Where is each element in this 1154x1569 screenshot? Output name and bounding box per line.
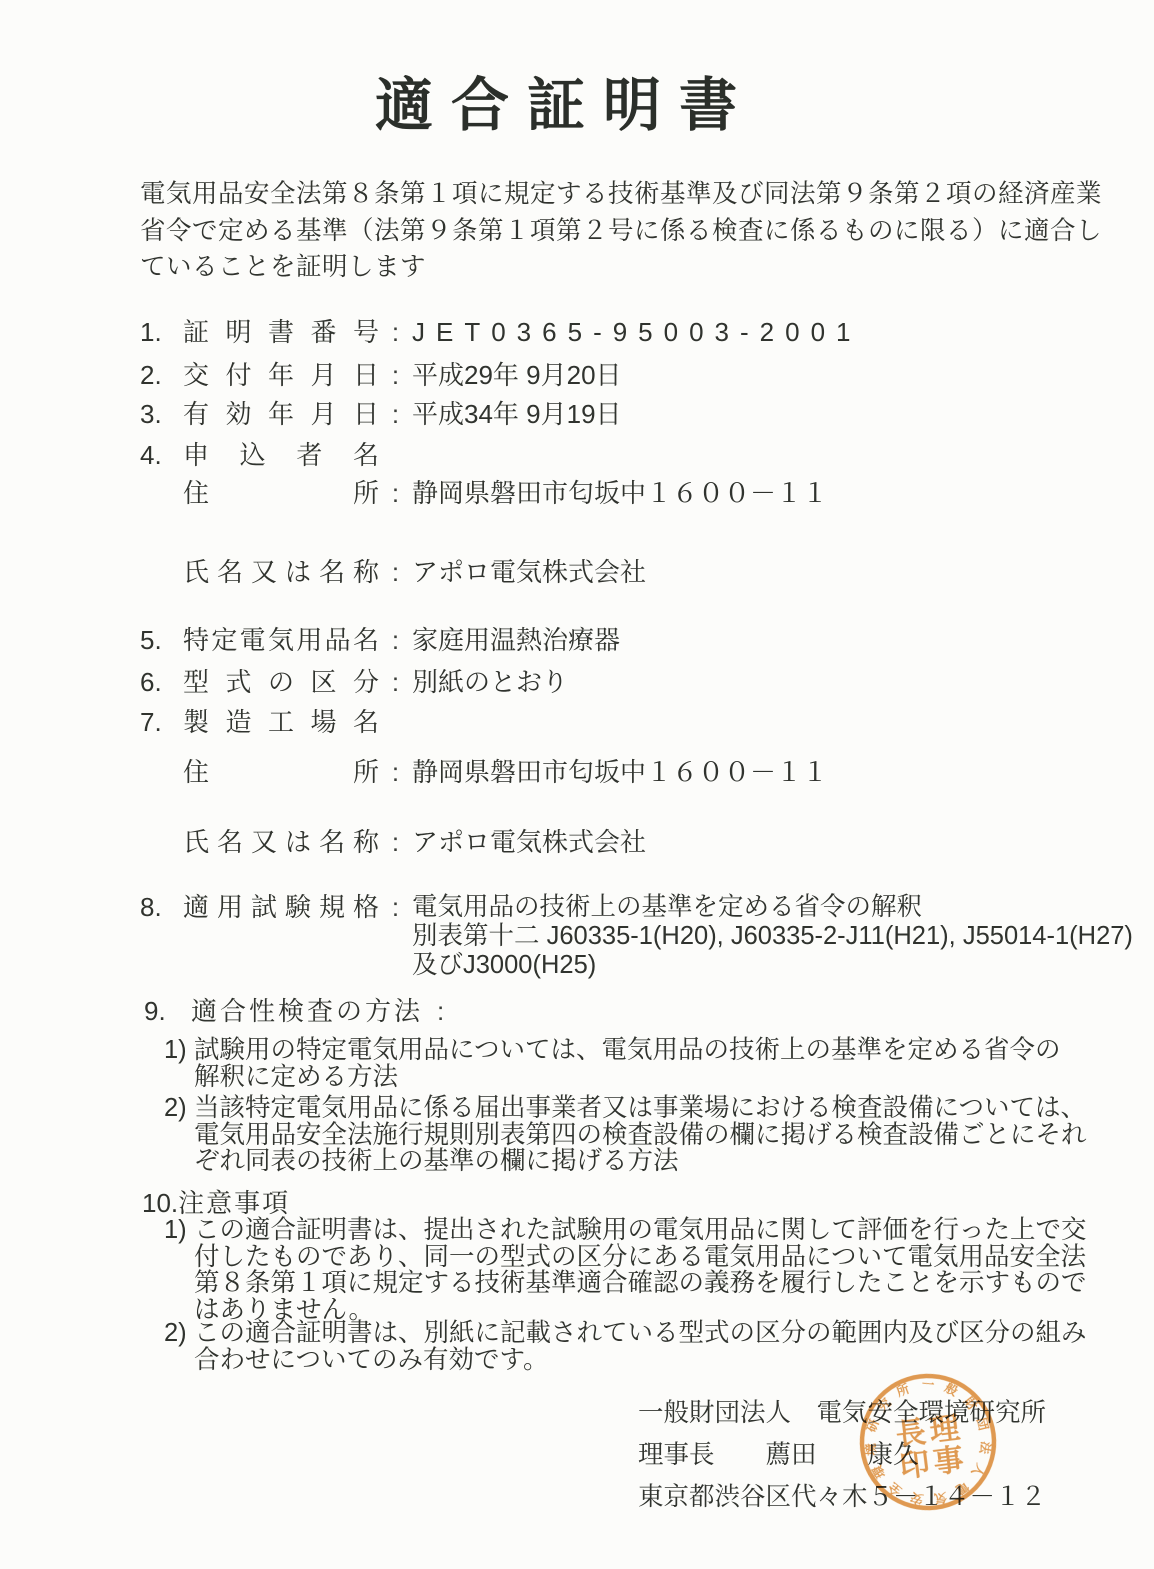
item-number: 1.: [140, 315, 183, 349]
intro-paragraph: 電気用品安全法第８条第１項に規定する技術基準及び同法第９条第２項の経済産業 省令…: [140, 176, 1102, 286]
certificate-page: 適合証明書 電気用品安全法第８条第１項に規定する技術基準及び同法第９条第２項の経…: [0, 0, 1154, 1569]
item-row-applicant: 4. 申込者名: [140, 438, 1140, 472]
applicant-name-value: アポロ電気株式会社: [412, 555, 646, 589]
section-number: 10.: [142, 1186, 178, 1220]
sub-item-line: 電気用品安全法施行規則別表第四の検査設備の欄に掲げる検査設備ごとにそれ: [194, 1122, 1087, 1149]
intro-line: 電気用品安全法第８条第１項に規定する技術基準及び同法第９条第２項の経済産業: [140, 176, 1102, 213]
sub-item-lines: 試験用の特定電気用品については、電気用品の技術上の基準を定める省令の 解釈に定め…: [194, 1037, 1061, 1090]
item-label: 証明書番号: [183, 315, 379, 349]
item-row-expiry-date: 3. 有効年月日 : 平成34年 9月19日: [140, 397, 1140, 431]
sub-item-lines: 当該特定電気用品に係る届出事業者又は事業場における検査設備については、 電気用品…: [194, 1095, 1087, 1175]
test-standards-line: 別表第十二 J60335-1(H20), J60335-2-J11(H21), …: [412, 922, 1133, 951]
item-number: 8.: [140, 893, 183, 980]
item-colon: :: [379, 476, 412, 510]
expiry-date-value: 平成34年 9月19日: [412, 397, 622, 431]
item-label: 型式の区分: [183, 665, 379, 699]
sub-item-line: 当該特定電気用品に係る届出事業者又は事業場における検査設備については、: [194, 1095, 1087, 1122]
certificate-title: 適合証明書: [0, 70, 1142, 142]
certificate-number-value: JET0365-95003-2001: [412, 315, 862, 349]
item-row-certificate-number: 1. 証明書番号 : JET0365-95003-2001: [140, 315, 1140, 349]
item-label: 住所: [183, 476, 379, 510]
sub-item-line: 第８条第１項に規定する技術基準適合確認の義務を履行したことを示すもので: [194, 1270, 1087, 1297]
sub-item-line: 試験用の特定電気用品については、電気用品の技術上の基準を定める省令の: [194, 1037, 1061, 1064]
item-colon: :: [379, 755, 412, 789]
section-10-subitem-1: 1) この適合証明書は、提出された試験用の電気用品に関して評価を行った上で交 付…: [164, 1217, 1124, 1323]
sub-item-marker: 1): [164, 1217, 194, 1323]
intro-line: 省令で定める基準（法第９条第１項第２号に係る検査に係るものに限る）に適合し: [140, 213, 1102, 250]
item-number: 5.: [140, 623, 183, 657]
item-row-model-classification: 6. 型式の区分 : 別紙のとおり: [140, 665, 1140, 699]
item-label: 交付年月日: [183, 358, 379, 392]
item-row-issue-date: 2. 交付年月日 : 平成29年 9月20日: [140, 358, 1140, 392]
item-colon: :: [379, 555, 412, 589]
seal-center-char-top-left: 長: [894, 1416, 928, 1452]
item-number: 3.: [140, 397, 183, 431]
item-colon: :: [379, 315, 412, 349]
sub-item-lines: この適合証明書は、別紙に記載されている型式の区分の範囲内及び区分の組み 合わせに…: [194, 1320, 1087, 1373]
sub-item-lines: この適合証明書は、提出された試験用の電気用品に関して評価を行った上で交 付したも…: [194, 1217, 1087, 1323]
section-colon: :: [437, 994, 444, 1028]
seal-center-char-bottom-left: 印: [898, 1448, 932, 1484]
sub-item-marker: 1): [164, 1037, 194, 1090]
item-colon: :: [379, 358, 412, 392]
sub-item-line: 付したものであり、同一の型式の区分にある電気用品について電気用品安全法: [194, 1244, 1087, 1271]
item-label: 氏名又は名称: [183, 555, 379, 589]
section-9-subitem-1: 1) 試験用の特定電気用品については、電気用品の技術上の基準を定める省令の 解釈…: [164, 1037, 1124, 1090]
item-row-test-standards: 8. 適用試験規格 : 電気用品の技術上の基準を定める省令の解釈 別表第十二 J…: [140, 893, 1140, 980]
section-9-subitem-2: 2) 当該特定電気用品に係る届出事業者又は事業場における検査設備については、 電…: [164, 1095, 1124, 1175]
item-row-factory-address: 住所 : 静岡県磐田市匂坂中１６００－１１: [140, 755, 1140, 789]
item-row-factory: 7. 製造工場名: [140, 705, 1140, 739]
sub-item-line: この適合証明書は、別紙に記載されている型式の区分の範囲内及び区分の組み: [194, 1320, 1087, 1347]
section-9-header: 9. 適合性検査の方法 :: [144, 994, 1144, 1028]
test-standards-line: 電気用品の技術上の基準を定める省令の解釈: [412, 893, 1133, 922]
president-seal-stamp: 一般財団法人電気安全環境研究所 理 事 長 印: [848, 1362, 1008, 1522]
section-number: 9.: [144, 994, 191, 1028]
section-label: 注意事項: [178, 1186, 290, 1220]
sub-item-line: 解釈に定める方法: [194, 1064, 1061, 1091]
item-label: 適用試験規格: [183, 893, 379, 980]
item-label: 申込者名: [183, 438, 379, 472]
factory-address-value: 静岡県磐田市匂坂中１６００－１１: [412, 755, 828, 789]
item-label: 製造工場名: [183, 705, 379, 739]
sub-item-line: この適合証明書は、提出された試験用の電気用品に関して評価を行った上で交: [194, 1217, 1087, 1244]
factory-name-value: アポロ電気株式会社: [412, 825, 646, 859]
intro-line: ていることを証明します: [140, 249, 1102, 286]
seal-graphic: 一般財団法人電気安全環境研究所 理 事 長 印: [848, 1362, 1008, 1522]
product-name-value: 家庭用温熱治療器: [412, 623, 620, 657]
seal-center-char-top-right: 理: [928, 1412, 962, 1448]
item-number: 4.: [140, 438, 183, 472]
section-label: 適合性検査の方法: [191, 994, 423, 1028]
model-classification-value: 別紙のとおり: [412, 665, 568, 699]
item-label: 有効年月日: [183, 397, 379, 431]
item-colon: :: [379, 397, 412, 431]
item-number: 7.: [140, 705, 183, 739]
item-label: 氏名又は名称: [183, 825, 379, 859]
item-row-applicant-address: 住所 : 静岡県磐田市匂坂中１６００－１１: [140, 476, 1140, 510]
item-colon: :: [379, 893, 412, 980]
seal-ring-text: 一般財団法人電気安全環境研究所: [855, 1369, 1001, 1515]
item-label: 住所: [183, 755, 379, 789]
seal-center-char-bottom-right: 事: [932, 1443, 966, 1479]
test-standards-value: 電気用品の技術上の基準を定める省令の解釈 別表第十二 J60335-1(H20)…: [412, 893, 1133, 980]
sub-item-marker: 2): [164, 1095, 194, 1175]
section-10-header: 10. 注意事項: [142, 1186, 1142, 1220]
item-number: 6.: [140, 665, 183, 699]
item-colon: :: [379, 665, 412, 699]
item-colon: :: [379, 825, 412, 859]
sub-item-marker: 2): [164, 1320, 194, 1373]
item-row-factory-name: 氏名又は名称 : アポロ電気株式会社: [140, 825, 1140, 859]
issue-date-value: 平成29年 9月20日: [412, 358, 622, 392]
test-standards-line: 及びJ3000(H25): [412, 951, 1133, 980]
item-colon: :: [379, 623, 412, 657]
item-row-product-name: 5. 特定電気用品名 : 家庭用温熱治療器: [140, 623, 1140, 657]
item-number: 2.: [140, 358, 183, 392]
item-label: 特定電気用品名: [183, 623, 379, 657]
item-row-applicant-name: 氏名又は名称 : アポロ電気株式会社: [140, 555, 1140, 589]
applicant-address-value: 静岡県磐田市匂坂中１６００－１１: [412, 476, 828, 510]
sub-item-line: ぞれ同表の技術上の基準の欄に掲げる方法: [194, 1148, 1087, 1175]
